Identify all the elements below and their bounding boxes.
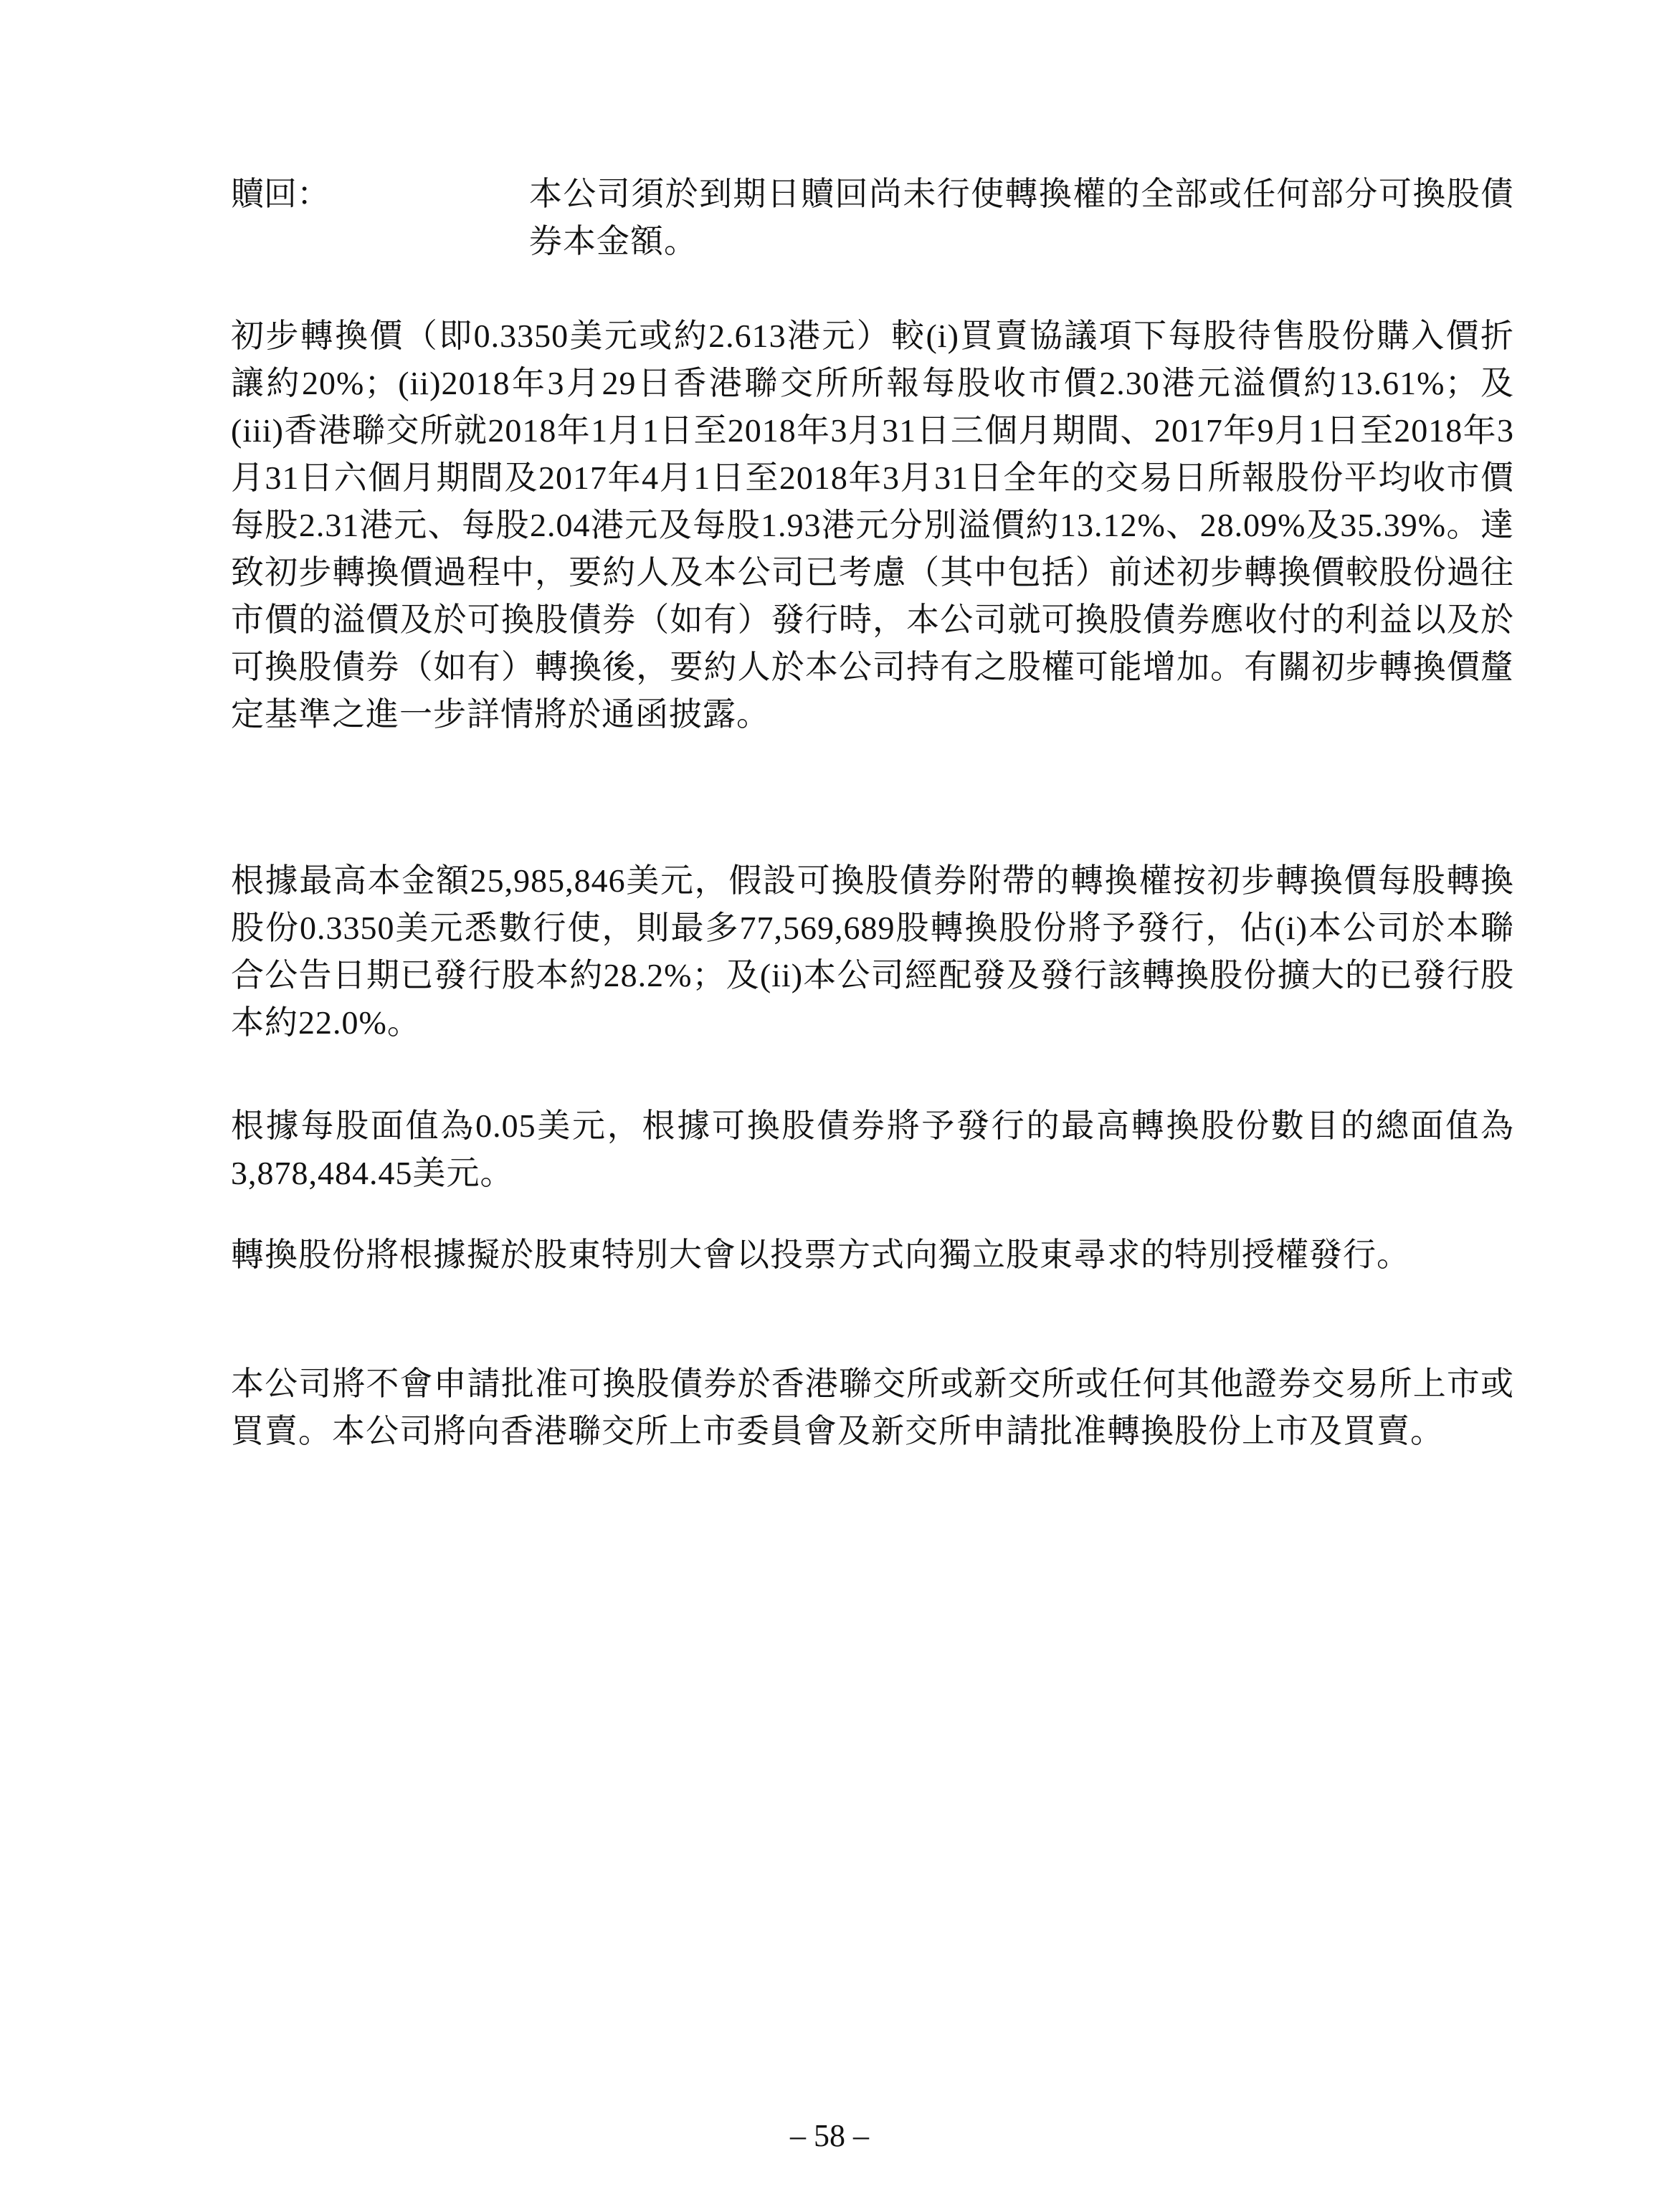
document-page: 贖回： 本公司須於到期日贖回尚未行使轉換權的全部或任何部分可換股債券本金額。 初…: [0, 0, 1659, 2212]
max-conversion-shares-paragraph: 根據最高本金額25,985,846美元，假設可換股債券附帶的轉換權按初步轉換價每…: [231, 857, 1514, 1047]
paragraph: 初步轉換價（即0.3350美元或約2.613港元）較(i)買賣協議項下每股待售股…: [231, 313, 1514, 738]
par-value-paragraph: 根據每股面值為0.05美元，根據可換股債券將予發行的最高轉換股份數目的總面值為3…: [231, 1102, 1514, 1197]
page-number: – 58 –: [0, 2115, 1659, 2158]
paragraph: 根據最高本金額25,985,846美元，假設可換股債券附帶的轉換權按初步轉換價每…: [231, 857, 1514, 1047]
paragraph: 根據每股面值為0.05美元，根據可換股債券將予發行的最高轉換股份數目的總面值為3…: [231, 1102, 1514, 1197]
listing-application-paragraph: 本公司將不會申請批准可換股債券於香港聯交所或新交所或任何其他證券交易所上市或買賣…: [231, 1360, 1514, 1455]
redemption-label: 贖回：: [231, 171, 529, 265]
specific-mandate-paragraph: 轉換股份將根據擬於股東特別大會以投票方式向獨立股東尋求的特別授權發行。: [231, 1231, 1514, 1279]
paragraph: 本公司將不會申請批准可換股債券於香港聯交所或新交所或任何其他證券交易所上市或買賣…: [231, 1360, 1514, 1455]
conversion-price-paragraph: 初步轉換價（即0.3350美元或約2.613港元）較(i)買賣協議項下每股待售股…: [231, 313, 1514, 738]
paragraph: 轉換股份將根據擬於股東特別大會以投票方式向獨立股東尋求的特別授權發行。: [231, 1231, 1514, 1279]
redemption-term: 贖回： 本公司須於到期日贖回尚未行使轉換權的全部或任何部分可換股債券本金額。: [231, 171, 1514, 265]
redemption-text: 本公司須於到期日贖回尚未行使轉換權的全部或任何部分可換股債券本金額。: [529, 171, 1514, 265]
